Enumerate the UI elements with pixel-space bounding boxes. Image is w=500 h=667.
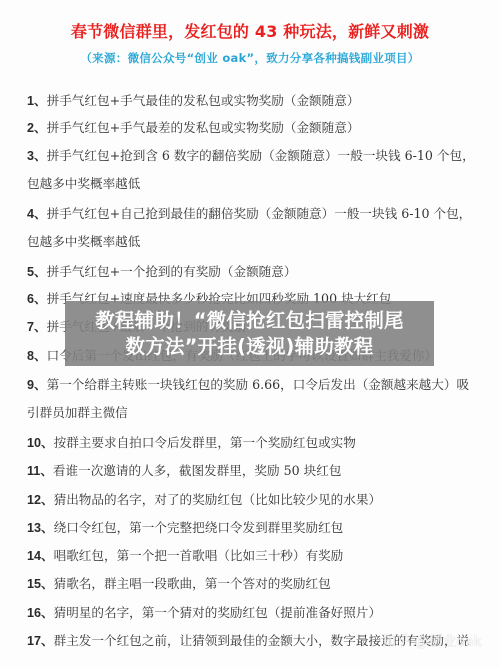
list-item-3: 3、拼手气红包+抢到含 6 数字的翻倍奖励（金额随意）一般一块钱 6-10 个包… (27, 148, 475, 164)
item-number: 14、 (27, 549, 54, 563)
document-subtitle-source: （来源：微信公众号“创业 oak”，致力分享各种搞钱副业项目） (0, 50, 500, 66)
item-number: 16、 (27, 606, 54, 620)
item-number: 7、 (27, 320, 47, 334)
list-item-12: 12、猜出物品的名字，对了的奖励红包（比如比较少见的水果） (27, 492, 381, 508)
list-item-16: 16、猜明星的名字，第一个猜对的奖励红包（提前准备好照片） (27, 605, 381, 621)
item-text: 猜明星的名字，第一个猜对的奖励红包（提前准备好照片） (54, 605, 381, 620)
item-number: 6、 (27, 292, 47, 306)
list-item-4: 4、拼手气红包+自己抢到最佳的翻倍奖励（金额随意）一般一块钱 6-10 个包， (27, 206, 471, 222)
item-text: 拼手气红包+手气最差的发私包或实物奖励（金额随意） (47, 120, 360, 135)
item-number: 8、 (27, 349, 47, 363)
item-number: 15、 (27, 577, 54, 591)
item-number: 12、 (27, 493, 54, 507)
document-title: 春节微信群里，发红包的 43 种玩法，新鲜又刺激 (0, 19, 500, 42)
item-number: 1、 (27, 94, 47, 108)
item-text: 猜出物品的名字，对了的奖励红包（比如比较少见的水果） (54, 492, 381, 507)
list-item-9: 9、第一个给群主转账一块钱红包的奖励 6.66，口令后发出（金额越来越大）吸 (27, 377, 469, 393)
item-text: 拼手气红包+一个抢到的有奖励（金额随意） (47, 264, 297, 279)
item-number: 13、 (27, 521, 54, 535)
item-text: 看谁一次邀请的人多，截图发群里，奖励 50 块红包 (53, 463, 342, 478)
item-number: 17、 (27, 634, 54, 648)
list-item-4-continuation: 包越多中奖概率越低 (27, 234, 140, 250)
list-item-5: 5、拼手气红包+一个抢到的有奖励（金额随意） (27, 264, 296, 280)
item-text: 按群主要求自拍口令后发群里，第一个奖励红包或实物 (54, 435, 356, 450)
list-item-13: 13、绕口令红包，第一个完整把绕口令发到群里奖励红包 (27, 520, 343, 536)
item-text: 拼手气红包+手气最佳的发私包或实物奖励（金额随意） (47, 93, 360, 108)
item-number: 2、 (27, 121, 47, 135)
caption-line-2: 数方法”开挂(透视)辅助教程 (126, 334, 374, 360)
list-item-9-continuation: 引群员加群主微信 (27, 405, 128, 421)
item-number: 5、 (27, 265, 47, 279)
caption-overlay-banner: 教程辅助！“微信抢红包扫雷控制尾 数方法”开挂(透视)辅助教程 (65, 301, 434, 366)
item-number: 4、 (27, 207, 47, 221)
document-page: 春节微信群里，发红包的 43 种玩法，新鲜又刺激 （来源：微信公众号“创业 oa… (0, 0, 500, 667)
item-number: 10、 (27, 436, 54, 450)
item-text: 唱歌红包，第一个把一首歌唱（比如三十秒）有奖励 (54, 548, 344, 563)
item-text: 第一个给群主转账一块钱红包的奖励 6.66，口令后发出（金额越来越大）吸 (47, 377, 469, 392)
list-item-1: 1、拼手气红包+手气最佳的发私包或实物奖励（金额随意） (27, 93, 359, 109)
list-item-10: 10、按群主要求自拍口令后发群里，第一个奖励红包或实物 (27, 435, 356, 451)
item-text: 猜歌名，群主唱一段歌曲，第一个答对的奖励红包 (54, 576, 331, 591)
item-text: 绕口令红包，第一个完整把绕口令发到群里奖励红包 (54, 520, 344, 535)
caption-line-1: 教程辅助！“微信抢红包扫雷控制尾 (95, 308, 404, 334)
zhihu-watermark: 知乎 @创业oak (382, 631, 482, 651)
list-item-14: 14、唱歌红包，第一个把一首歌唱（比如三十秒）有奖励 (27, 548, 343, 564)
item-number: 11、 (27, 464, 53, 478)
item-text: 拼手气红包+自己抢到最佳的翻倍奖励（金额随意）一般一块钱 6-10 个包， (47, 206, 472, 221)
item-number: 9、 (27, 378, 47, 392)
list-item-3-continuation: 包越多中奖概率越低 (27, 176, 140, 192)
list-item-11: 11、看谁一次邀请的人多，截图发群里，奖励 50 块红包 (27, 463, 341, 479)
list-item-15: 15、猜歌名，群主唱一段歌曲，第一个答对的奖励红包 (27, 576, 331, 592)
list-item-2: 2、拼手气红包+手气最差的发私包或实物奖励（金额随意） (27, 120, 359, 136)
item-number: 3、 (27, 149, 47, 163)
item-text: 拼手气红包+抢到含 6 数字的翻倍奖励（金额随意）一般一块钱 6-10 个包， (47, 148, 475, 163)
